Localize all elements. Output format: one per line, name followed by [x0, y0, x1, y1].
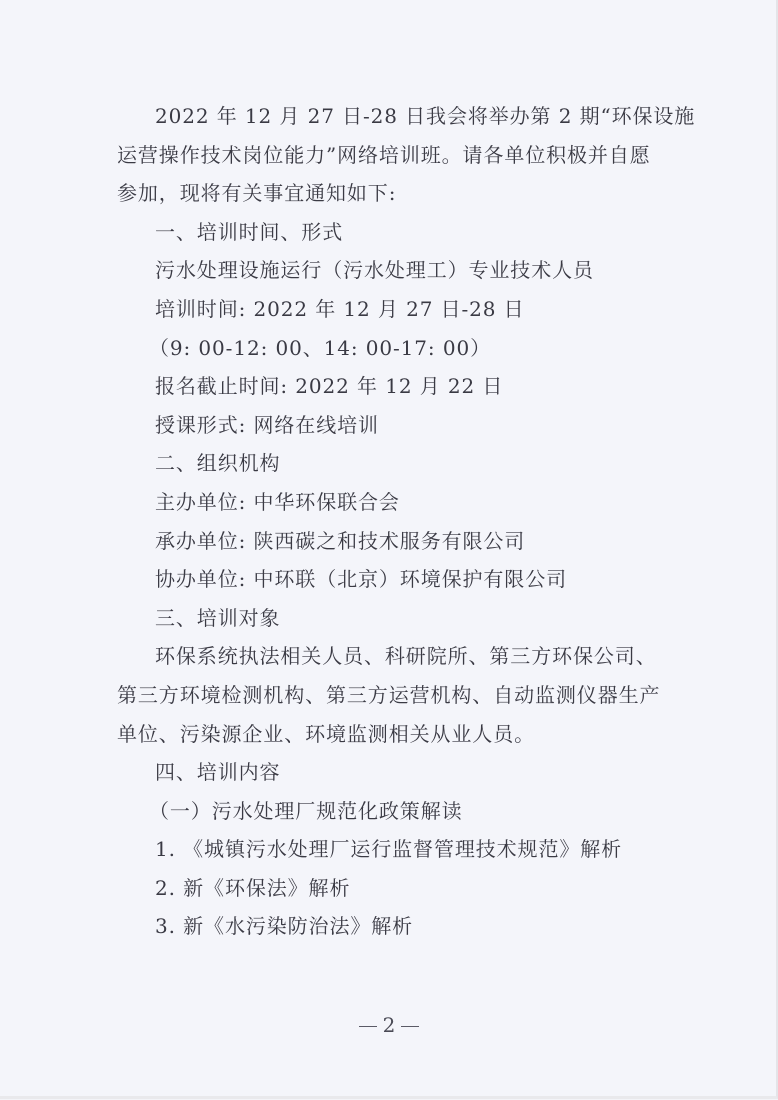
teaching-format: 授课形式: 网络在线培训	[117, 406, 665, 445]
content-item-1: 1. 《城镇污水处理厂运行监督管理技术规范》解析	[117, 830, 665, 869]
dash-right-icon	[401, 1026, 419, 1028]
intro-line-3: 参加，现将有关事宜通知如下:	[117, 174, 665, 213]
training-dates: 培训时间: 2022 年 12 月 27 日-28 日	[117, 290, 665, 329]
audience-line-3: 单位、污染源企业、环境监测相关从业人员。	[117, 715, 665, 754]
page-footer: 2	[0, 1013, 778, 1037]
section-heading-time-format: 一、培训时间、形式	[117, 213, 665, 252]
intro-line-1: 2022 年 12 月 27 日-28 日我会将举办第 2 期“环保设施	[117, 97, 665, 136]
document-page: 2022 年 12 月 27 日-28 日我会将举办第 2 期“环保设施 运营操…	[0, 0, 778, 1099]
audience-line-2: 第三方环境检测机构、第三方运营机构、自动监测仪器生产	[117, 676, 665, 715]
audience-line-1: 环保系统执法相关人员、科研院所、第三方环保公司、	[117, 637, 665, 676]
co-organizer-organization: 协办单位: 中环联（北京）环境保护有限公司	[117, 560, 665, 599]
content-subheading: （一）污水处理厂规范化政策解读	[117, 792, 665, 831]
training-hours: （9: 00-12: 00、14: 00-17: 00）	[117, 329, 665, 368]
training-target-role: 污水处理设施运行（污水处理工）专业技术人员	[117, 251, 665, 290]
host-organization: 主办单位: 中华环保联合会	[117, 483, 665, 522]
section-heading-content: 四、培训内容	[117, 753, 665, 792]
organizer-organization: 承办单位: 陕西碳之和技术服务有限公司	[117, 522, 665, 561]
content-item-2: 2. 新《环保法》解析	[117, 869, 665, 908]
page-number: 2	[383, 1013, 396, 1037]
intro-line-2: 运营操作技术岗位能力”网络培训班。请各单位积极并自愿	[117, 136, 665, 175]
section-heading-organization: 二、组织机构	[117, 444, 665, 483]
dash-left-icon	[359, 1026, 377, 1028]
registration-deadline: 报名截止时间: 2022 年 12 月 22 日	[117, 367, 665, 406]
content-item-3: 3. 新《水污染防治法》解析	[117, 907, 665, 946]
section-heading-audience: 三、培训对象	[117, 599, 665, 638]
document-body: 2022 年 12 月 27 日-28 日我会将举办第 2 期“环保设施 运营操…	[117, 97, 665, 946]
